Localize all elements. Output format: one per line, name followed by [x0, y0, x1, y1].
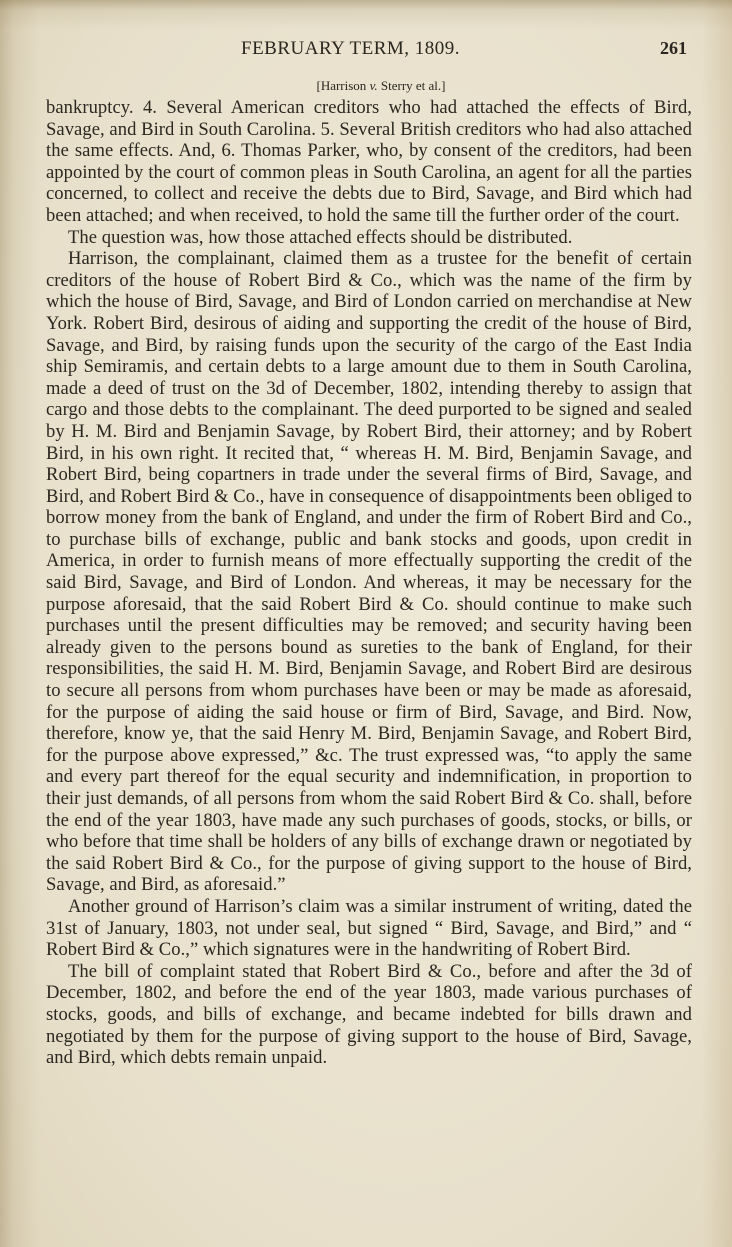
running-title: FEBRUARY TERM, 1809. — [241, 38, 460, 60]
page-number: 261 — [660, 38, 687, 59]
paragraph-harrison-claim: Harrison, the complainant, claimed them … — [46, 248, 692, 896]
paragraph-bill-of-complaint: The bill of complaint stated that Robert… — [46, 961, 692, 1069]
case-caption-open: [Harrison — [316, 78, 369, 93]
case-caption-close: Sterry et al.] — [378, 78, 446, 93]
paragraph-another-ground: Another ground of Harrison’s claim was a… — [46, 896, 692, 961]
running-head: FEBRUARY TERM, 1809. 261 — [0, 38, 732, 68]
case-caption: [Harrison v. Sterry et al.] — [0, 78, 732, 94]
paragraph-question: The question was, how those attached eff… — [46, 227, 692, 249]
case-caption-versus: v. — [370, 78, 378, 93]
book-page: FEBRUARY TERM, 1809. 261 [Harrison v. St… — [0, 0, 732, 1247]
body-text: bankruptcy. 4. Several American creditor… — [46, 97, 692, 1069]
paragraph-continuation: bankruptcy. 4. Several American creditor… — [46, 97, 692, 227]
